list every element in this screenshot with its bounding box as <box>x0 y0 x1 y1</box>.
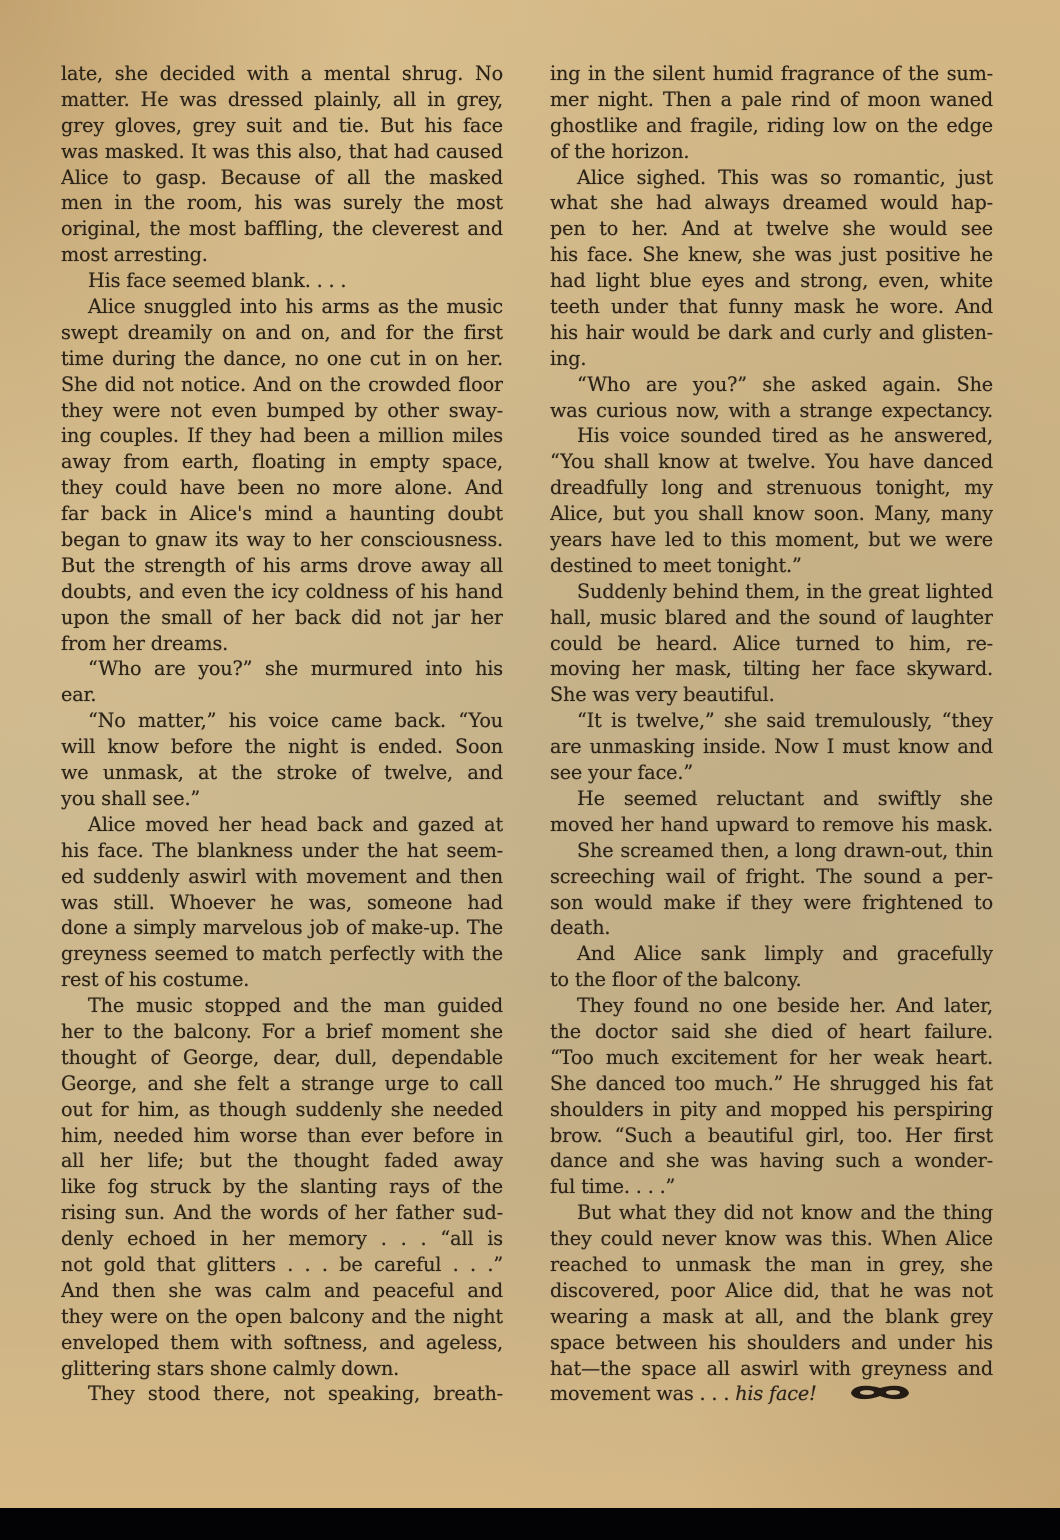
text-line: “Who are you?” she murmured into his <box>61 656 503 682</box>
text-line: swept dreamily on and on, and for the fi… <box>61 320 503 346</box>
text-line: was masked. It was this also, that had c… <box>61 139 503 165</box>
text-line: you shall see.” <box>61 786 503 812</box>
text-line: ear. <box>61 682 503 708</box>
text-line: ghostlike and fragile, riding low on the… <box>550 113 993 139</box>
text-line: what she had always dreamed would hap- <box>550 190 993 216</box>
text-line: far back in Alice's mind a haunting doub… <box>61 501 503 527</box>
text-line: denly echoed in her memory . . . “all is <box>61 1226 503 1252</box>
text-line: grey gloves, grey suit and tie. But his … <box>61 113 503 139</box>
text-line: hall, music blared and the sound of laug… <box>550 605 993 631</box>
text-line: late, she decided with a mental shrug. N… <box>61 61 503 87</box>
text-line: ful time. . . .” <box>550 1174 993 1200</box>
text-line: Alice snuggled into his arms as the musi… <box>61 294 503 320</box>
text-line: done a simply marvelous job of make-up. … <box>61 915 503 941</box>
text-line: She did not notice. And on the crowded f… <box>61 372 503 398</box>
text-line: She was very beautiful. <box>550 682 993 708</box>
text-line: “It is twelve,” she said tremulously, “t… <box>550 708 993 734</box>
text-line: death. <box>550 915 993 941</box>
text-line: Alice sighed. This was so romantic, just <box>550 165 993 191</box>
text-line: space between his shoulders and under hi… <box>550 1330 993 1356</box>
text-line: They stood there, not speaking, breath- <box>61 1381 503 1407</box>
text-line: mer night. Then a pale rind of moon wane… <box>550 87 993 113</box>
text-line: from her dreams. <box>61 631 503 657</box>
text-line: dreadfully long and strenuous tonight, m… <box>550 475 993 501</box>
text-line: hat—the space all aswirl with greyness a… <box>550 1356 993 1382</box>
final-line-italic: his face! <box>735 1382 816 1405</box>
text-line: not gold that glitters . . . be careful … <box>61 1252 503 1278</box>
text-line: him, needed him worse than ever before i… <box>61 1123 503 1149</box>
text-line: his face. The blankness under the hat se… <box>61 838 503 864</box>
text-line: his face. She knew, she was just positiv… <box>550 242 993 268</box>
text-line: upon the small of her back did not jar h… <box>61 605 503 631</box>
text-line: original, the most baffling, the clevere… <box>61 216 503 242</box>
text-line: Suddenly behind them, in the great light… <box>550 579 993 605</box>
text-line: they could never know was this. When Ali… <box>550 1226 993 1252</box>
text-line: was still. Whoever he was, someone had <box>61 890 503 916</box>
text-line: will know before the night is ended. Soo… <box>61 734 503 760</box>
text-line: ing in the silent humid fragrance of the… <box>550 61 993 87</box>
text-line: glittering stars shone calmly down. <box>61 1356 503 1382</box>
text-line: years have led to this moment, but we we… <box>550 527 993 553</box>
text-line: doubts, and even the icy coldness of his… <box>61 579 503 605</box>
text-line: Alice, but you shall know soon. Many, ma… <box>550 501 993 527</box>
text-line: of the horizon. <box>550 139 993 165</box>
text-line: all her life; but the thought faded away <box>61 1148 503 1174</box>
text-line: teeth under that funny mask he wore. And <box>550 294 993 320</box>
text-line: And Alice sank limply and gracefully <box>550 941 993 967</box>
domino-mask-icon <box>849 1382 911 1409</box>
text-line: His voice sounded tired as he answered, <box>550 423 993 449</box>
text-line: George, and she felt a strange urge to c… <box>61 1071 503 1097</box>
text-line: they could have been no more alone. And <box>61 475 503 501</box>
text-line: wearing a mask at all, and the blank gre… <box>550 1304 993 1330</box>
text-line: brow. “Such a beautiful girl, too. Her f… <box>550 1123 993 1149</box>
text-line: see your face.” <box>550 760 993 786</box>
magazine-page: late, she decided with a mental shrug. N… <box>0 0 1060 1508</box>
text-line: the doctor said she died of heart failur… <box>550 1019 993 1045</box>
text-line: are unmasking inside. Now I must know an… <box>550 734 993 760</box>
right-text-column: ing in the silent humid fragrance of the… <box>550 61 993 1407</box>
text-line: they were on the open balcony and the ni… <box>61 1304 503 1330</box>
text-line: screeching wail of fright. The sound a p… <box>550 864 993 890</box>
text-line: away from earth, floating in empty space… <box>61 449 503 475</box>
text-line: we unmask, at the stroke of twelve, and <box>61 760 503 786</box>
text-line: rest of his costume. <box>61 967 503 993</box>
text-line: And then she was calm and peaceful and <box>61 1278 503 1304</box>
text-line: The music stopped and the man guided <box>61 993 503 1019</box>
text-line: pen to her. And at twelve she would see <box>550 216 993 242</box>
text-line: But the strength of his arms drove away … <box>61 553 503 579</box>
text-line: reached to unmask the man in grey, she <box>550 1252 993 1278</box>
text-line: most arresting. <box>61 242 503 268</box>
text-line: She screamed then, a long drawn-out, thi… <box>550 838 993 864</box>
text-line: thought of George, dear, dull, dependabl… <box>61 1045 503 1071</box>
text-line: She danced too much.” He shrugged his fa… <box>550 1071 993 1097</box>
text-line: could be heard. Alice turned to him, re- <box>550 631 993 657</box>
text-line: his hair would be dark and curly and gli… <box>550 320 993 346</box>
text-line: dance and she was having such a wonder- <box>550 1148 993 1174</box>
text-line: Alice to gasp. Because of all the masked <box>61 165 503 191</box>
text-line: out for him, as though suddenly she need… <box>61 1097 503 1123</box>
text-line: moving her mask, tilting her face skywar… <box>550 656 993 682</box>
text-line: “Too much excitement for her weak heart. <box>550 1045 993 1071</box>
text-line: ed suddenly aswirl with movement and the… <box>61 864 503 890</box>
text-line: “No matter,” his voice came back. “You <box>61 708 503 734</box>
text-line: men in the room, his was surely the most <box>61 190 503 216</box>
text-line: destined to meet tonight.” <box>550 553 993 579</box>
text-line: “Who are you?” she asked again. She <box>550 372 993 398</box>
bottom-black-bar <box>0 1508 1060 1540</box>
text-line: matter. He was dressed plainly, all in g… <box>61 87 503 113</box>
text-line: Alice moved her head back and gazed at <box>61 812 503 838</box>
text-line: son would make if they were frightened t… <box>550 890 993 916</box>
text-line: He seemed reluctant and swiftly she <box>550 786 993 812</box>
final-line-text: movement was . . . <box>550 1382 735 1405</box>
text-line: enveloped them with softness, and ageles… <box>61 1330 503 1356</box>
text-line: began to gnaw its way to her consciousne… <box>61 527 503 553</box>
text-line: rising sun. And the words of her father … <box>61 1200 503 1226</box>
text-line: was curious now, with a strange expectan… <box>550 398 993 424</box>
text-line: to the floor of the balcony. <box>550 967 993 993</box>
text-line: greyness seemed to match perfectly with … <box>61 941 503 967</box>
text-line: His face seemed blank. . . . <box>61 268 503 294</box>
text-line: ing. <box>550 346 993 372</box>
text-line: ing couples. If they had been a million … <box>61 423 503 449</box>
text-line: discovered, poor Alice did, that he was … <box>550 1278 993 1304</box>
text-line: But what they did not know and the thing <box>550 1200 993 1226</box>
text-line: moved her hand upward to remove his mask… <box>550 812 993 838</box>
text-line: They found no one beside her. And later, <box>550 993 993 1019</box>
text-line: time during the dance, no one cut in on … <box>61 346 503 372</box>
left-text-column: late, she decided with a mental shrug. N… <box>61 61 503 1407</box>
text-line: “You shall know at twelve. You have danc… <box>550 449 993 475</box>
text-line: her to the balcony. For a brief moment s… <box>61 1019 503 1045</box>
text-line: they were not even bumped by other sway- <box>61 398 503 424</box>
text-line: shoulders in pity and mopped his perspir… <box>550 1097 993 1123</box>
text-line: like fog struck by the slanting rays of … <box>61 1174 503 1200</box>
story-final-line: movement was . . . his face! <box>550 1381 993 1407</box>
text-line: had light blue eyes and strong, even, wh… <box>550 268 993 294</box>
